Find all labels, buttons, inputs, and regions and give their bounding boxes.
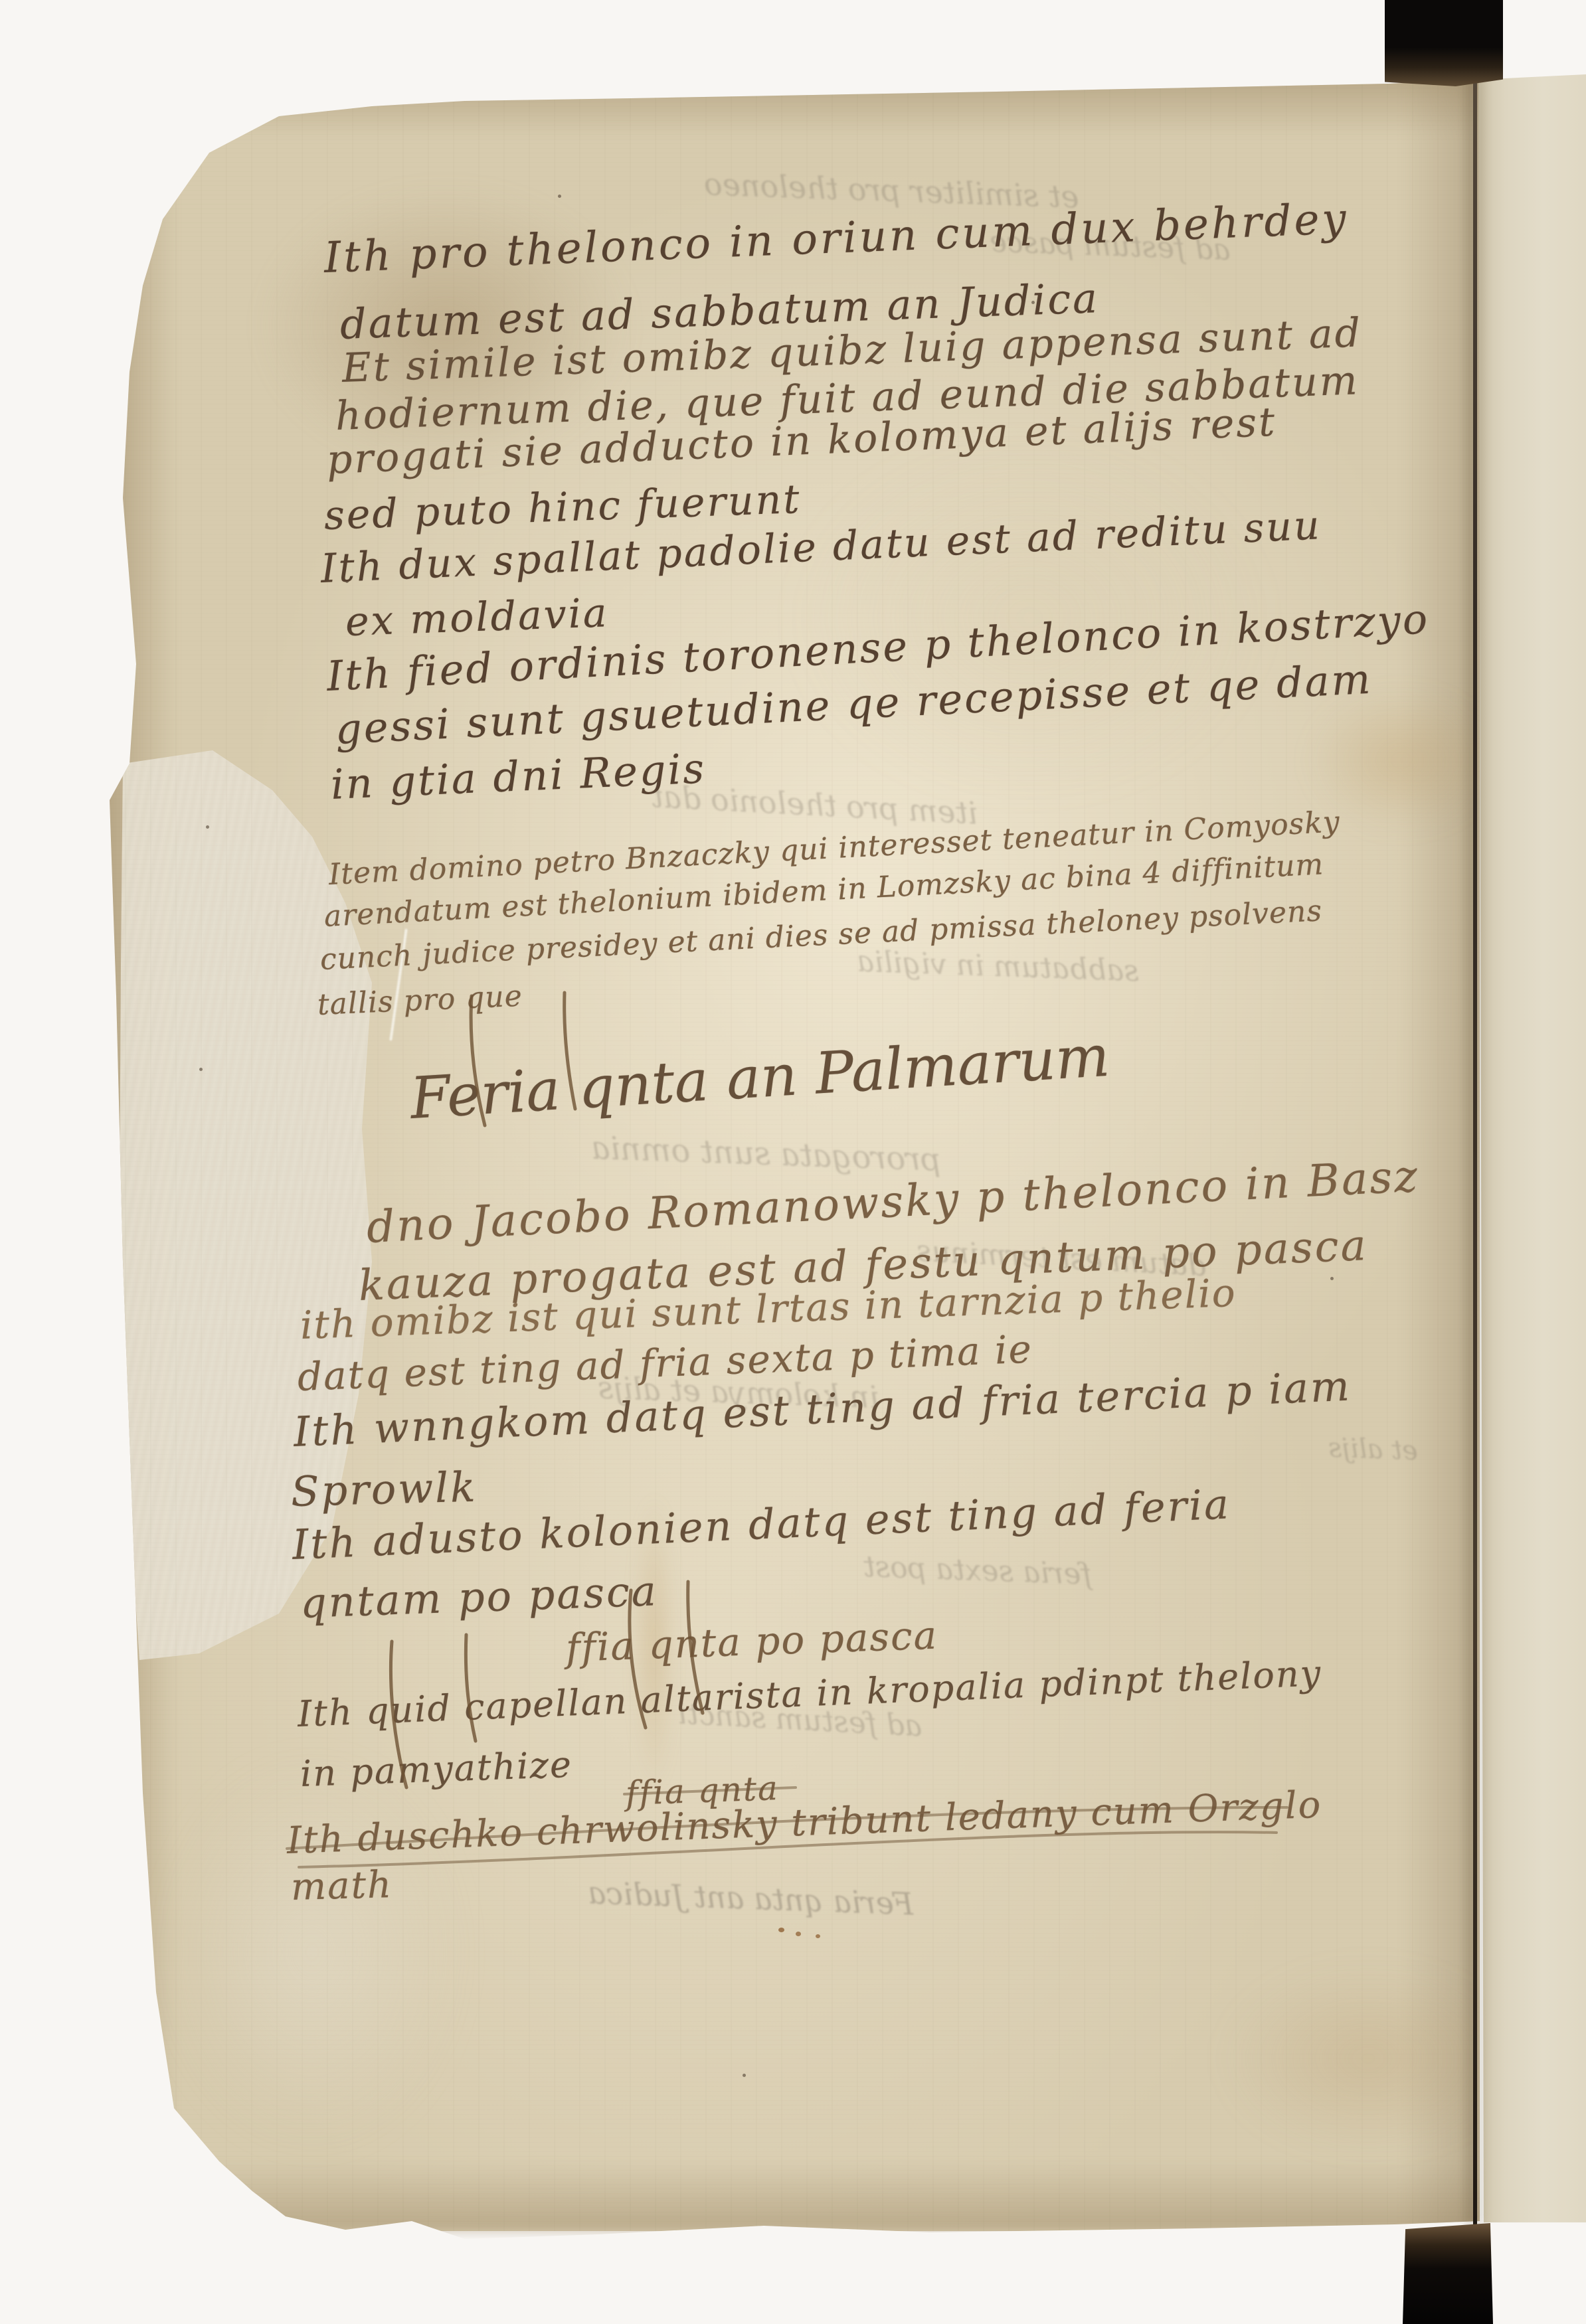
binding-strip-top bbox=[1385, 0, 1503, 86]
manuscript-page: et similiter pro theloneo ad festum pasc… bbox=[100, 73, 1480, 2231]
binding-strip-bottom bbox=[1403, 2223, 1493, 2324]
strikethrough-stroke bbox=[299, 1832, 1277, 1867]
pen-flourishes bbox=[100, 73, 1480, 2231]
strikethrough-stroke bbox=[624, 1787, 796, 1794]
strikethrough-stroke bbox=[287, 1807, 1287, 1849]
gutter-crease bbox=[1473, 74, 1477, 2224]
scan-background: et similiter pro theloneo ad festum pasc… bbox=[0, 0, 1586, 2324]
adjacent-page-edge bbox=[1478, 74, 1586, 2222]
